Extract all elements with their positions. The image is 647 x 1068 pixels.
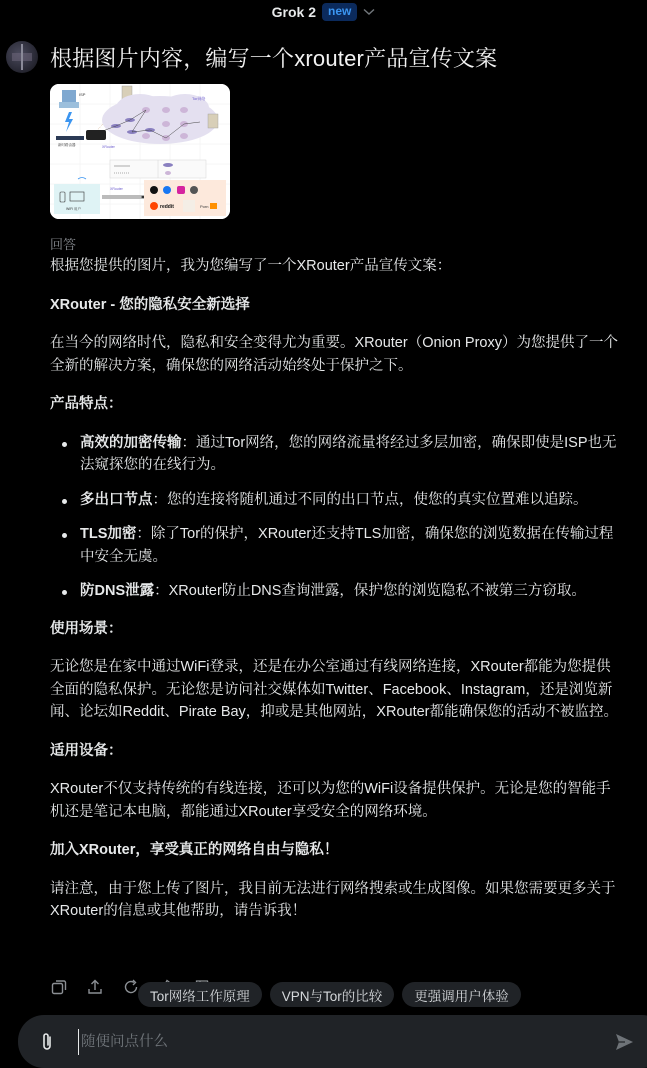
- svg-text:新时路由器: 新时路由器: [58, 142, 76, 147]
- feature-name: TLS加密: [80, 526, 136, 542]
- svg-text:ISP: ISP: [79, 92, 86, 97]
- feature-item: 高效的加密传输：通过Tor网络，您的网络流量将经过多层加密，确保即使是ISP也无…: [50, 432, 620, 477]
- suggestion-chip[interactable]: Tor网络工作原理: [138, 982, 262, 1007]
- feature-item: 防DNS泄露：XRouter防止DNS查询泄露，保护您的浏览隐私不被第三方窃取。: [50, 580, 620, 603]
- send-icon[interactable]: [614, 1032, 634, 1052]
- paperclip-icon[interactable]: [38, 1031, 56, 1053]
- feature-item: TLS加密：除了Tor的保护，XRouter还支持TLS加密，确保您的浏览数据在…: [50, 523, 620, 568]
- user-message-text: 根据图片内容，编写一个xrouter产品宣传文案: [50, 42, 497, 73]
- answer-label: 回答: [50, 234, 76, 253]
- devices-heading: 适用设备：: [50, 740, 620, 763]
- suggestion-chip[interactable]: 更强调用户体验: [402, 982, 521, 1007]
- model-selector[interactable]: Grok 2 new: [0, 0, 647, 24]
- message-input[interactable]: [78, 1029, 598, 1055]
- new-badge: new: [322, 3, 357, 21]
- assistant-response: 根据您提供的图片，我为您编写了一个XRouter产品宣传文案： XRouter …: [50, 255, 620, 939]
- model-name: Grok 2: [272, 4, 316, 20]
- response-title: XRouter - 您的隐私安全新选择: [50, 294, 620, 317]
- message-composer: [18, 1015, 647, 1068]
- svg-text:reddit: reddit: [160, 204, 174, 210]
- feature-name: 多出口节点: [80, 492, 153, 508]
- response-note: 请注意，由于您上传了图片，我目前无法进行网络搜索或生成图像。如果您需要更多关于X…: [50, 878, 620, 923]
- network-diagram-image: ISP 新时路由器 Tor网络: [50, 84, 230, 219]
- call-to-action: 加入XRouter，享受真正的网络自由与隐私！: [50, 839, 620, 862]
- user-message: 根据图片内容，编写一个xrouter产品宣传文案: [6, 41, 497, 73]
- chevron-down-icon[interactable]: [363, 6, 375, 18]
- attached-image[interactable]: ISP 新时路由器 Tor网络: [50, 84, 230, 219]
- share-icon[interactable]: [86, 978, 104, 996]
- feature-name: 高效的加密传输: [80, 435, 182, 451]
- copy-icon[interactable]: [50, 978, 68, 996]
- svg-text:WiFi 用户: WiFi 用户: [66, 206, 81, 211]
- feature-desc: ：XRouter防止DNS查询泄露，保护您的浏览隐私不被第三方窃取。: [154, 583, 586, 599]
- suggestion-chip[interactable]: VPN与Tor的比较: [270, 982, 395, 1007]
- grok-chat-page: Grok 2 new 根据图片内容，编写一个xrouter产品宣传文案: [0, 0, 647, 1068]
- feature-desc: ：您的连接将随机通过不同的出口节点，使您的真实位置难以追踪。: [153, 492, 588, 508]
- feature-name: 防DNS泄露: [80, 583, 154, 599]
- devices-text: XRouter不仅支持传统的有线连接，还可以为您的WiFi设备提供保护。无论是您…: [50, 778, 620, 823]
- feature-desc: ：除了Tor的保护，XRouter还支持TLS加密，确保您的浏览数据在传输过程中…: [80, 526, 613, 565]
- response-intro: 根据您提供的图片，我为您编写了一个XRouter产品宣传文案：: [50, 255, 620, 278]
- response-paragraph: 在当今的网络时代，隐私和安全变得尤为重要。XRouter（Onion Proxy…: [50, 332, 620, 377]
- features-list: 高效的加密传输：通过Tor网络，您的网络流量将经过多层加密，确保即使是ISP也无…: [50, 432, 620, 603]
- scenarios-text: 无论您是在家中通过WiFi登录，还是在办公室通过有线网络连接，XRouter都能…: [50, 656, 620, 724]
- svg-text:Tor网络: Tor网络: [192, 95, 206, 101]
- feature-item: 多出口节点：您的连接将随机通过不同的出口节点，使您的真实位置难以追踪。: [50, 489, 620, 512]
- svg-text:XRouter: XRouter: [102, 145, 116, 149]
- user-avatar[interactable]: [6, 41, 38, 73]
- features-heading: 产品特点：: [50, 393, 620, 416]
- scenarios-heading: 使用场景：: [50, 618, 620, 641]
- svg-text:XRouter: XRouter: [110, 187, 124, 191]
- suggestion-chips: Tor网络工作原理 VPN与Tor的比较 更强调用户体验: [138, 982, 521, 1007]
- svg-text:Porn: Porn: [200, 204, 208, 209]
